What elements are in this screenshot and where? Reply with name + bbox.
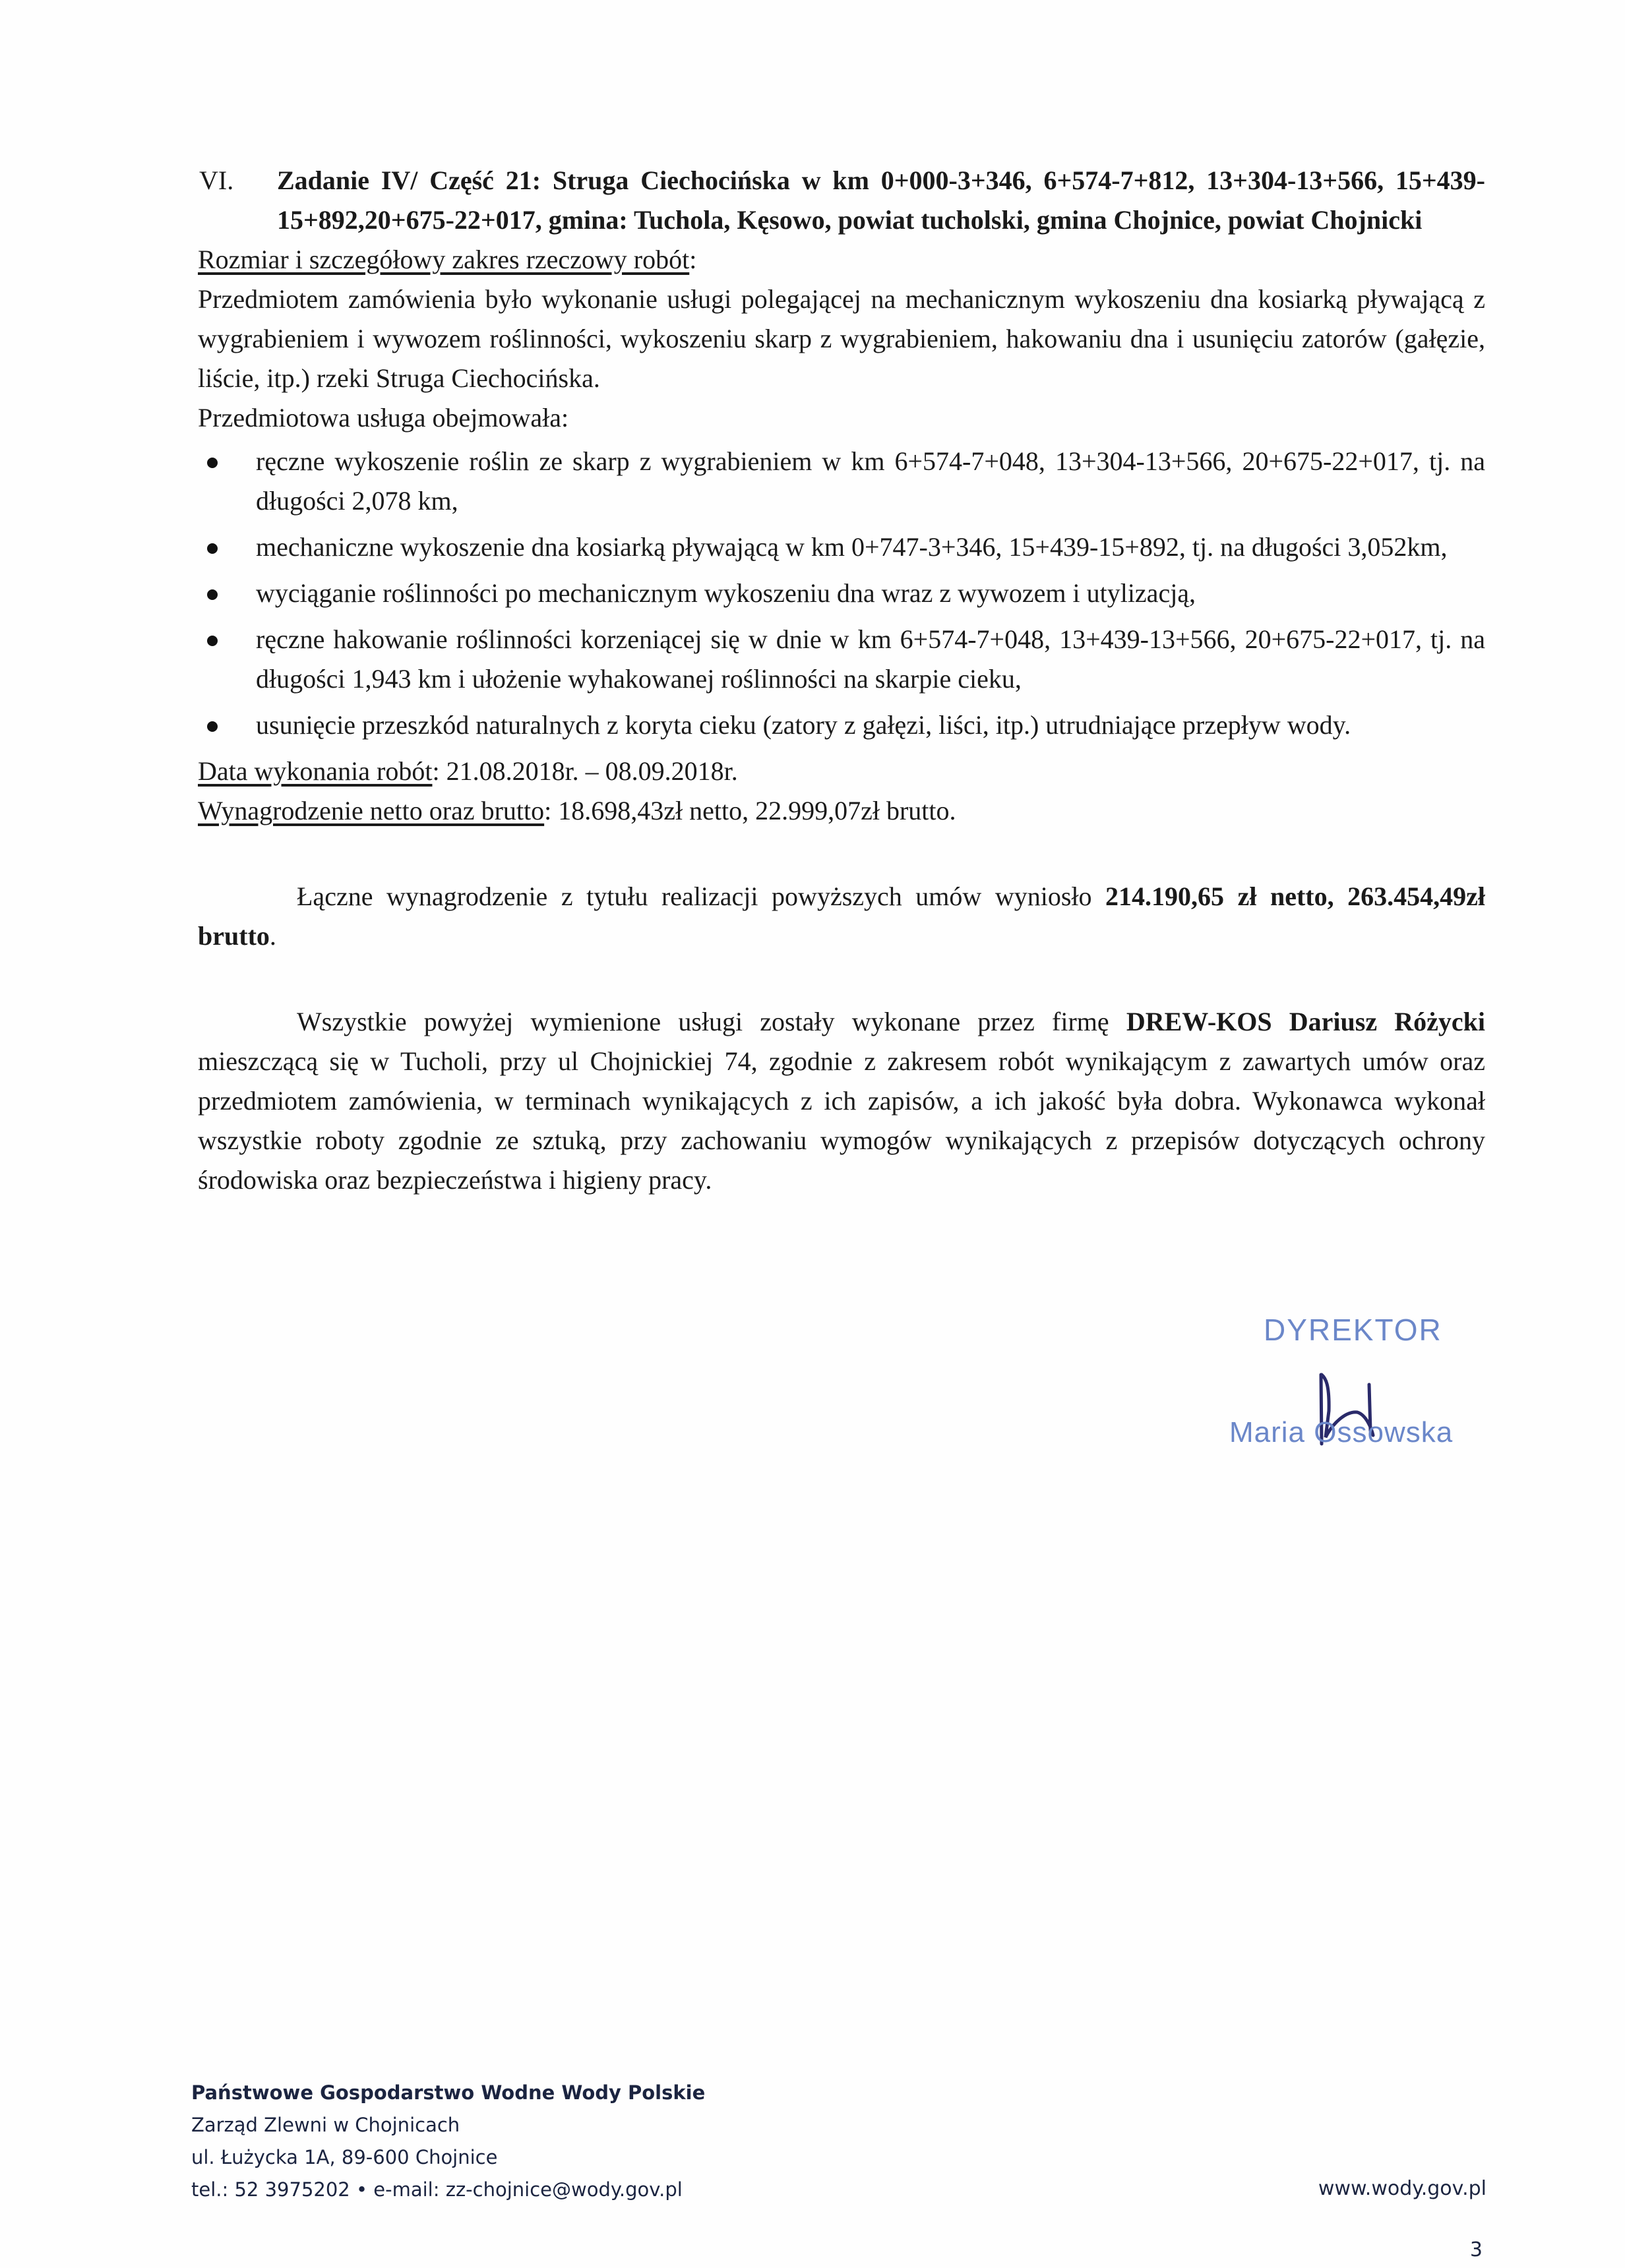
list-item-text: wyciąganie roślinności po mechanicznym w… — [256, 578, 1196, 608]
footer-unit: Zarząd Zlewni w Chojnicach — [191, 2109, 705, 2141]
letterhead-footer: Państwowe Gospodarstwo Wodne Wody Polski… — [191, 2077, 705, 2206]
total-text: Łączne wynagrodzenie z tytułu realizacji… — [297, 881, 1105, 911]
total-remuneration: Łączne wynagrodzenie z tytułu realizacji… — [198, 877, 1485, 956]
scope-line: Rozmiar i szczegółowy zakres rzeczowy ro… — [198, 240, 1485, 280]
document-body: VI. Zadanie IV/ Część 21: Struga Ciechoc… — [198, 161, 1485, 1200]
bullet-icon — [207, 636, 218, 646]
execution-date-label: Data wykonania robót — [198, 756, 432, 786]
bullet-icon — [207, 458, 218, 468]
conclusion-text: mieszczącą się w Tucholi, przy ul Chojni… — [198, 1046, 1485, 1195]
list-item: usunięcie przeszkód naturalnych z koryta… — [198, 705, 1485, 745]
list-item: wyciąganie roślinności po mechanicznym w… — [198, 574, 1485, 613]
list-item-text: ręczne wykoszenie roślin ze skarp z wygr… — [256, 446, 1485, 516]
footer-address: ul. Łużycka 1A, 89-600 Chojnice — [191, 2141, 705, 2174]
page-number: 3 — [1470, 2238, 1483, 2261]
remuneration: Wynagrodzenie netto oraz brutto: 18.698,… — [198, 791, 1485, 831]
director-stamp: DYREKTOR Maria Ossowska — [1227, 1312, 1504, 1464]
scope-description: Przedmiotem zamówienia było wykonanie us… — [198, 280, 1485, 398]
footer-website: www.wody.gov.pl — [1318, 2177, 1487, 2200]
footer-contact: tel.: 52 3975202 • e-mail: zz-chojnice@w… — [191, 2174, 705, 2206]
section-heading: VI. Zadanie IV/ Część 21: Struga Ciechoc… — [198, 161, 1485, 240]
remuneration-value: : 18.698,43zł netto, 22.999,07zł brutto. — [544, 796, 956, 825]
footer-org: Państwowe Gospodarstwo Wodne Wody Polski… — [191, 2077, 705, 2109]
list-item: ręczne hakowanie roślinności korzeniącej… — [198, 620, 1485, 699]
stamp-name: Maria Ossowska — [1229, 1416, 1453, 1449]
service-intro: Przedmiotowa usługa obejmowała: — [198, 398, 1485, 438]
list-item-text: mechaniczne wykoszenie dna kosiarką pływ… — [256, 532, 1447, 562]
total-period: . — [270, 921, 276, 951]
section-title: Zadanie IV/ Część 21: Struga Ciechocińsk… — [277, 161, 1485, 240]
scope-label-suffix: : — [689, 245, 696, 274]
list-item: mechaniczne wykoszenie dna kosiarką pływ… — [198, 527, 1485, 567]
list-item-text: ręczne hakowanie roślinności korzeniącej… — [256, 624, 1485, 694]
bullet-icon — [207, 589, 218, 600]
remuneration-label: Wynagrodzenie netto oraz brutto — [198, 796, 544, 825]
contractor-name: DREW-KOS Dariusz Różycki — [1126, 1007, 1485, 1036]
conclusion-intro: Wszystkie powyżej wymienione usługi zost… — [297, 1007, 1126, 1036]
scope-label: Rozmiar i szczegółowy zakres rzeczowy ro… — [198, 245, 689, 274]
document-page: VI. Zadanie IV/ Część 21: Struga Ciechoc… — [0, 0, 1625, 2268]
bullet-icon — [207, 721, 218, 732]
list-item: ręczne wykoszenie roślin ze skarp z wygr… — [198, 442, 1485, 521]
service-list: ręczne wykoszenie roślin ze skarp z wygr… — [198, 442, 1485, 745]
conclusion-paragraph: Wszystkie powyżej wymienione usługi zost… — [198, 1002, 1485, 1200]
list-item-text: usunięcie przeszkód naturalnych z koryta… — [256, 710, 1351, 740]
execution-date: Data wykonania robót: 21.08.2018r. – 08.… — [198, 752, 1485, 791]
section-number: VI. — [198, 161, 277, 240]
execution-date-value: : 21.08.2018r. – 08.09.2018r. — [432, 756, 737, 786]
bullet-icon — [207, 543, 218, 554]
